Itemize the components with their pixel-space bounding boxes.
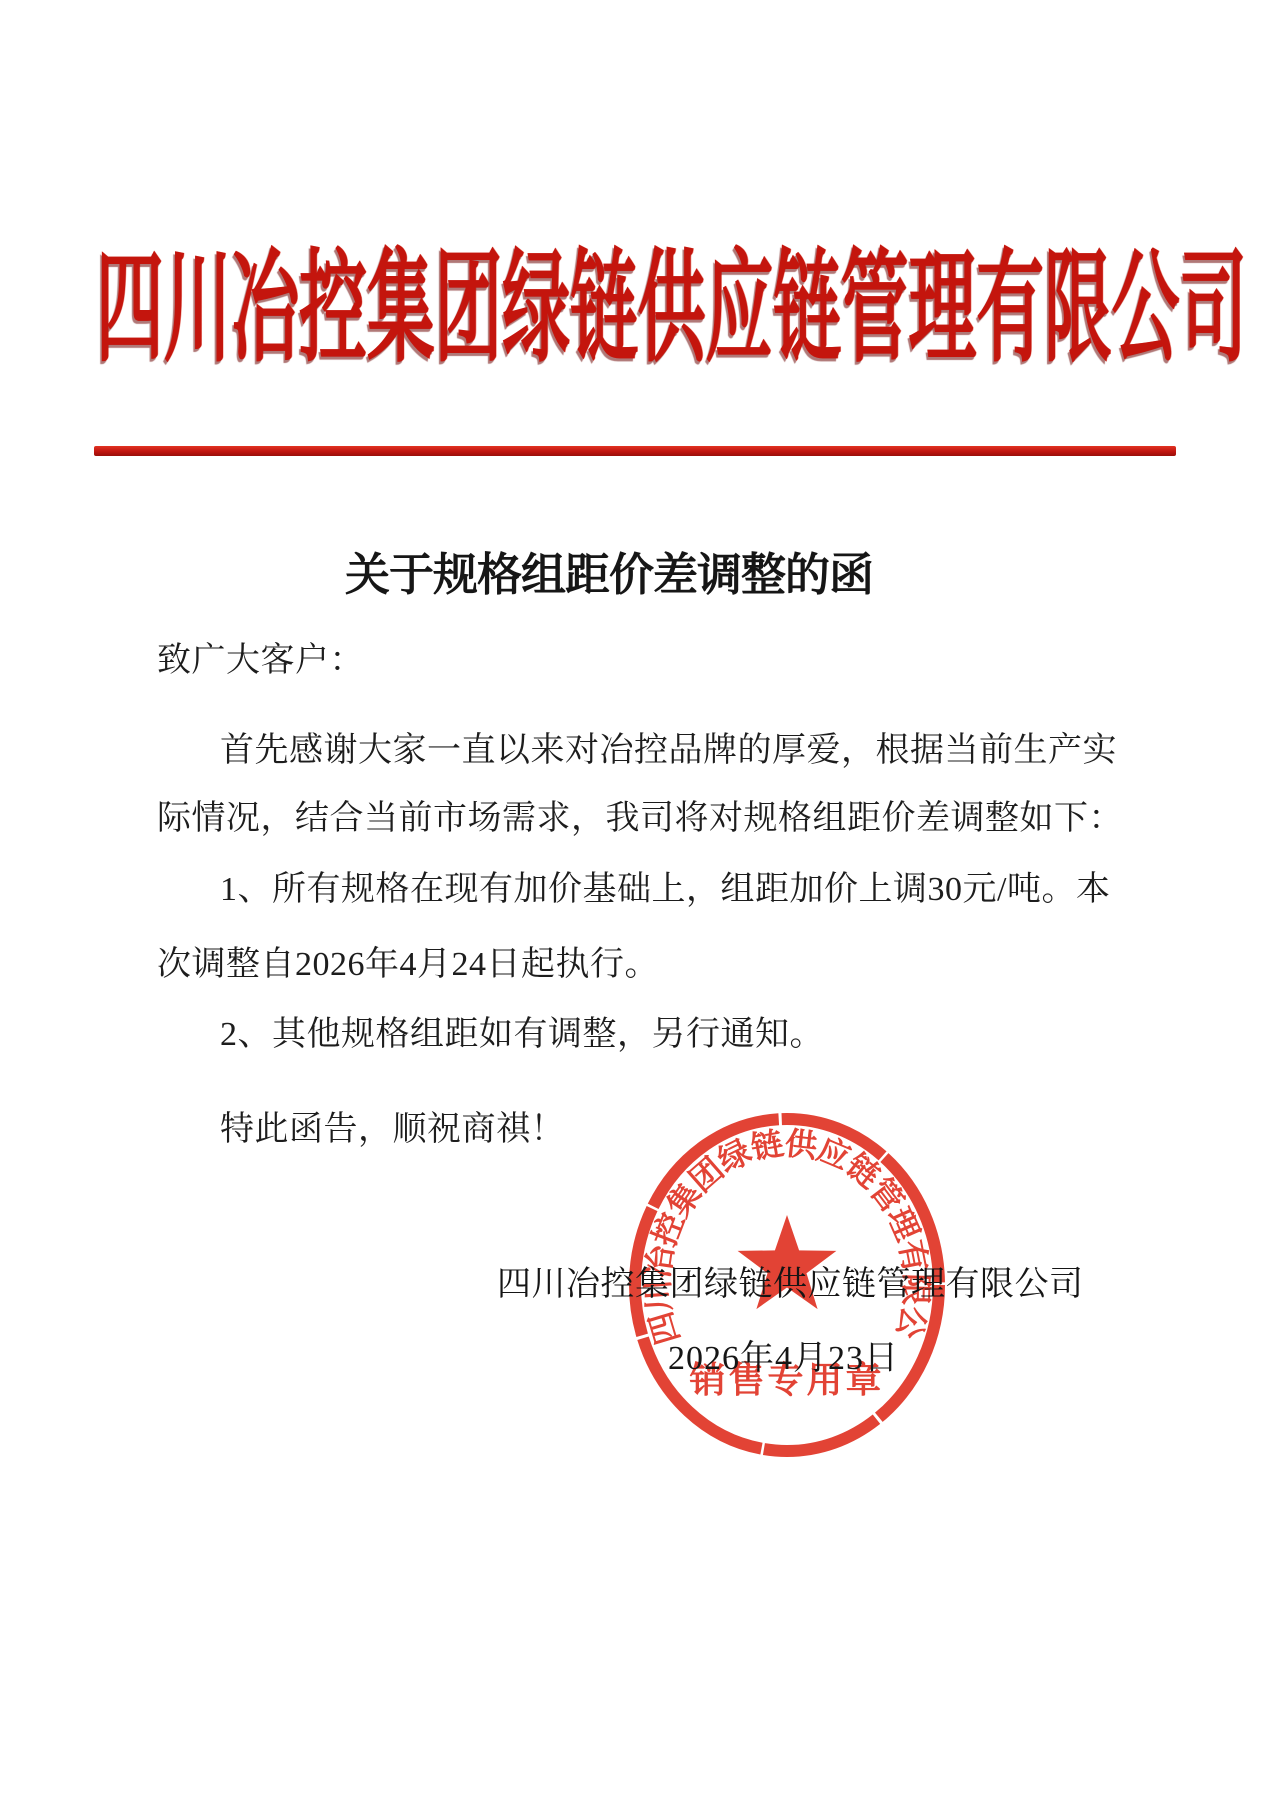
company-letterhead: 四川冶控集团绿链供应链管理有限公司 xyxy=(96,240,1247,380)
body-line-3: 1、所有规格在现有加价基础上，组距加价上调30元/吨。本 xyxy=(220,861,1110,910)
body-line-5: 2、其他规格组距如有调整，另行通知。 xyxy=(220,1006,824,1055)
salutation: 致广大客户： xyxy=(157,632,364,681)
letter-page: 四川冶控集团绿链供应链管理有限公司 关于规格组距价差调整的函 致广大客户： 首先… xyxy=(0,0,1279,1818)
letter-title: 关于规格组距价差调整的函 xyxy=(345,538,873,603)
signature-date: 2026年4月23日 xyxy=(668,1330,899,1379)
body-line-2: 际情况，结合当前市场需求，我司将对规格组距价差调整如下： xyxy=(157,790,1123,839)
svg-text:四川冶控集团绿链供应链管理有限公司: 四川冶控集团绿链供应链管理有限公司 xyxy=(606,1095,934,1348)
body-line-4: 次调整自2026年4月24日起执行。 xyxy=(157,936,659,985)
letterhead-divider xyxy=(94,446,1176,456)
body-line-1: 首先感谢大家一直以来对冶控品牌的厚爱，根据当前生产实 xyxy=(220,722,1117,771)
signature-company: 四川冶控集团绿链供应链管理有限公司 xyxy=(497,1256,1084,1305)
seal-ring-text: 四川冶控集团绿链供应链管理有限公司 xyxy=(606,1095,934,1348)
closing-line: 特此函告，顺祝商祺！ xyxy=(220,1101,565,1150)
